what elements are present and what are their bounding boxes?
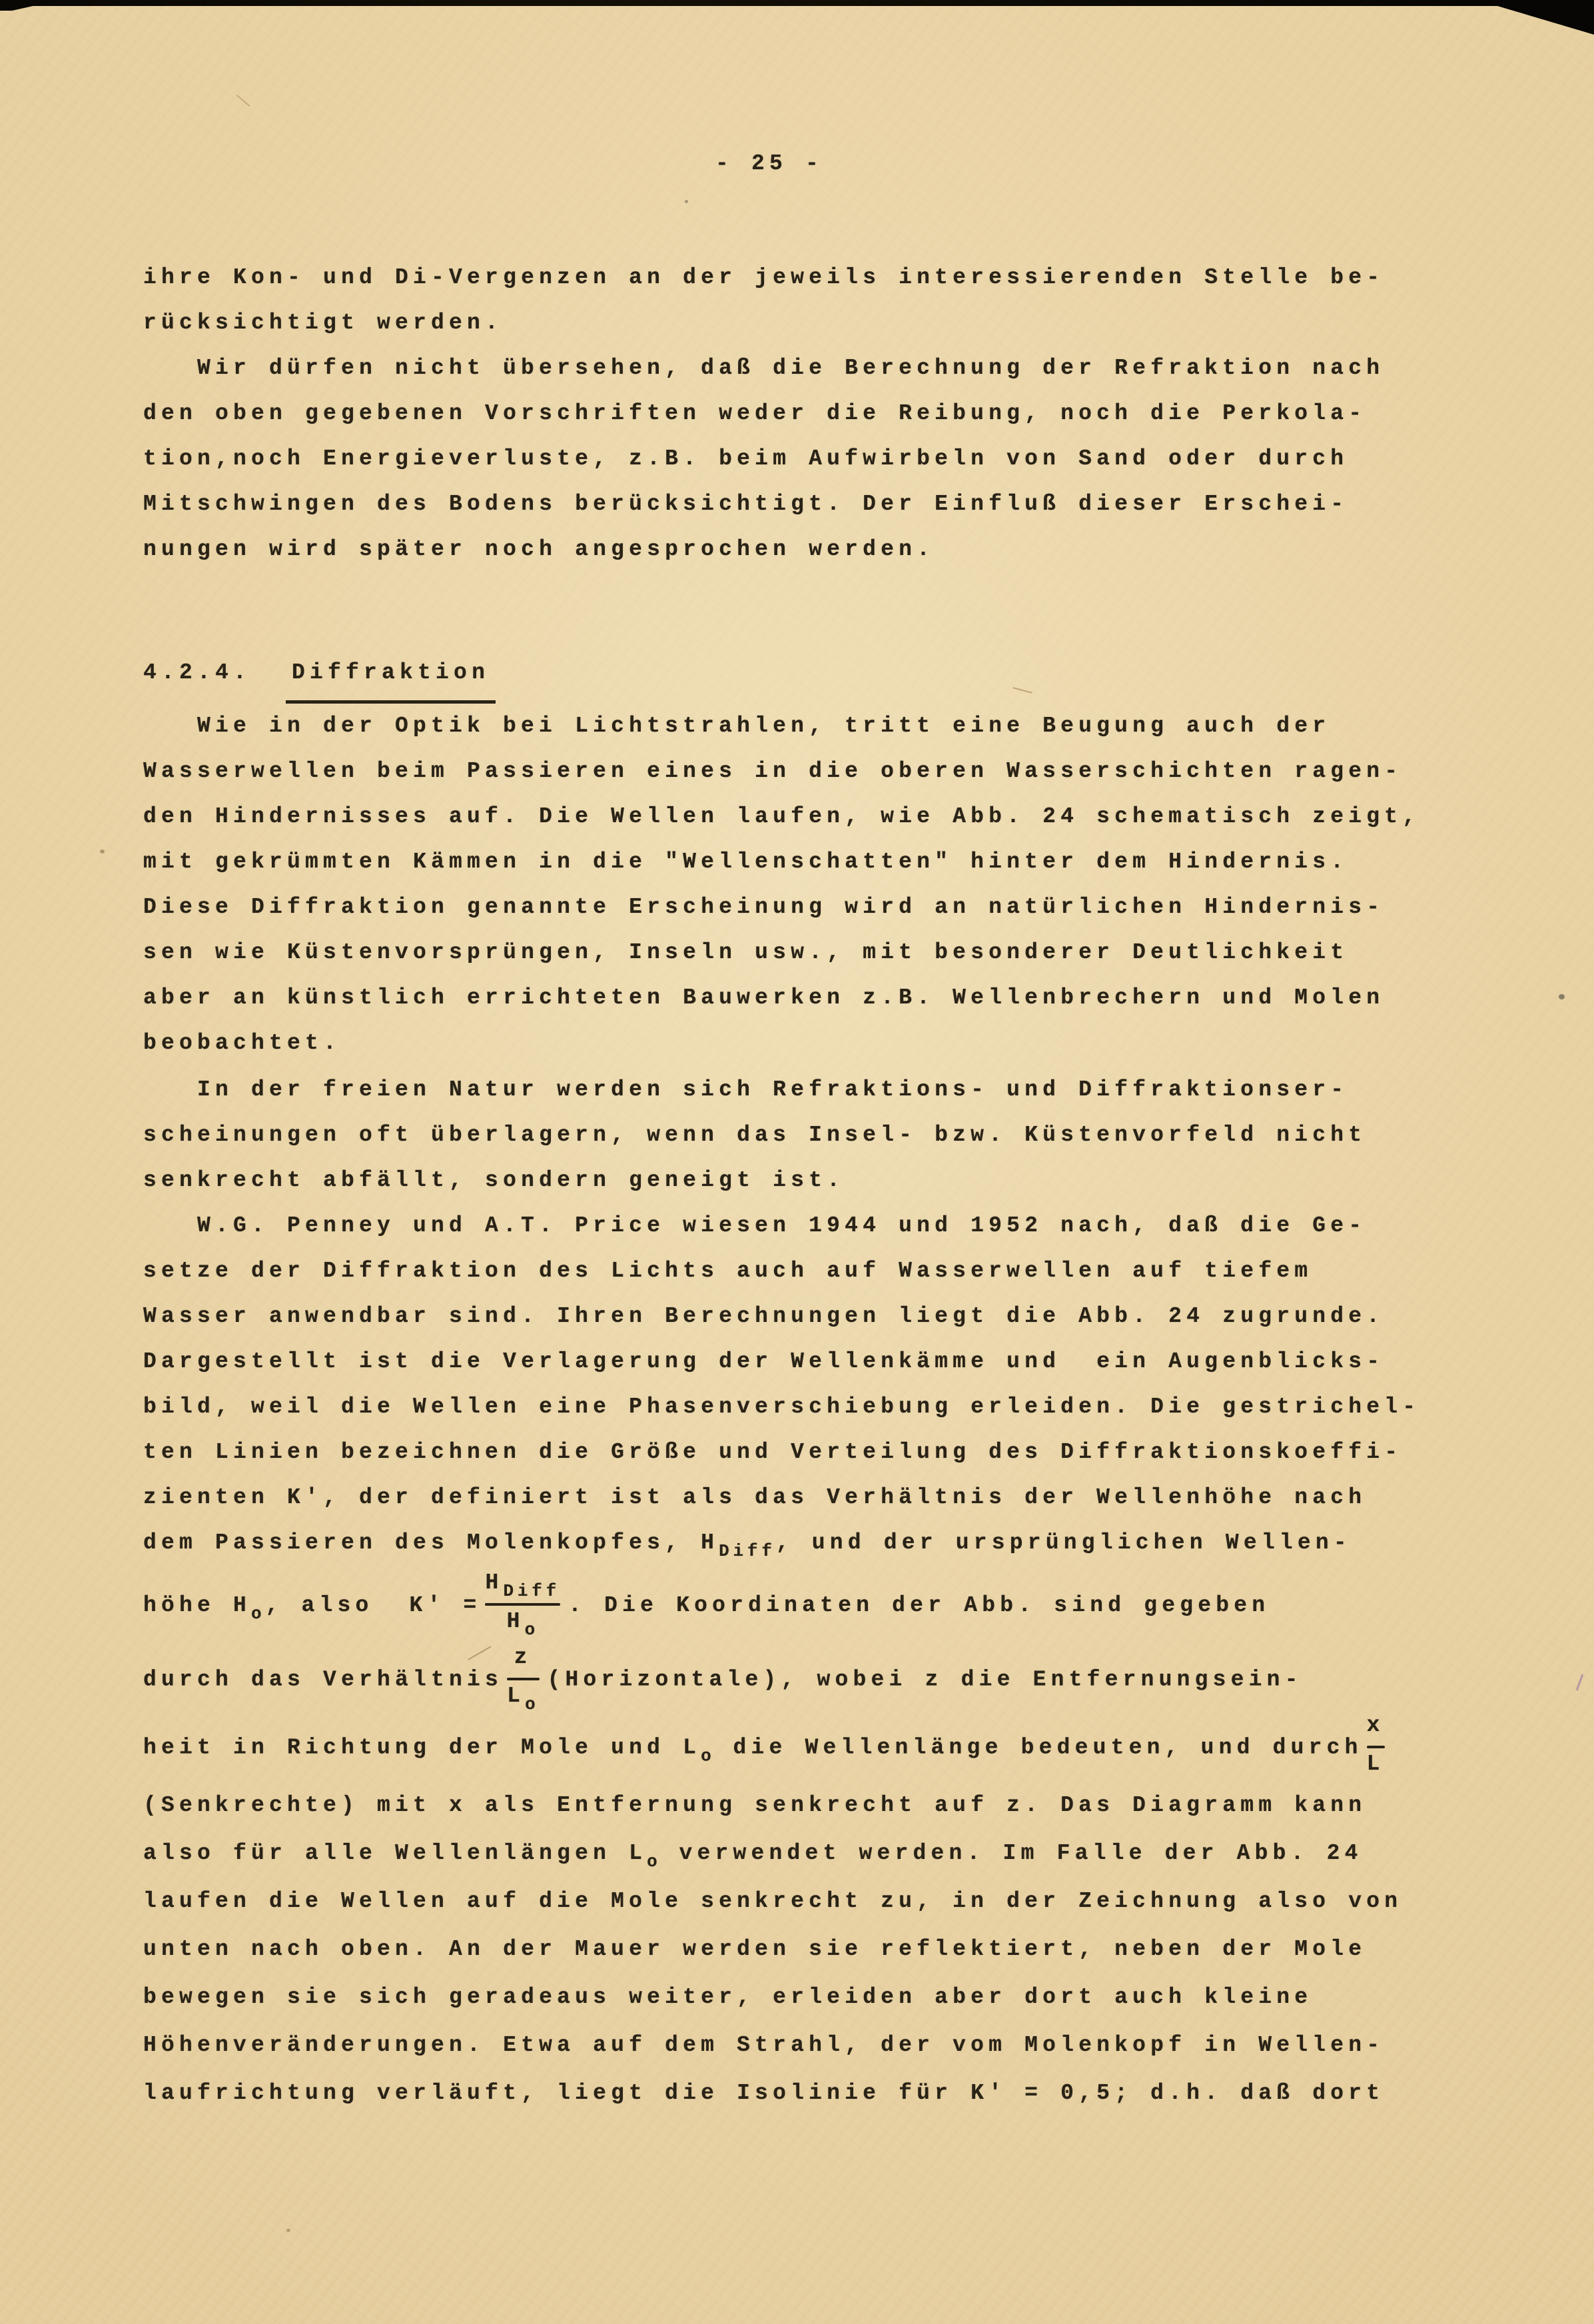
text-run: Wie in der Optik bei Lichtstrahlen, trit…	[197, 714, 1330, 738]
text-run: ihre Kon- und Di-Vergenzen an der jeweil…	[143, 265, 1384, 290]
text-run: bewegen sie sich geradeaus weiter, erlei…	[143, 1985, 1312, 2010]
text-run: beobachtet.	[143, 1031, 341, 1055]
text-line: mit gekrümmten Kämmen in die "Wellenscha…	[143, 840, 1594, 885]
text-run: laufen die Wellen auf die Mole senkrecht…	[143, 1889, 1402, 1914]
text-line: aber an künstlich errichteten Bauwerken …	[143, 975, 1594, 1021]
text-run: den Hindernisses auf. Die Wellen laufen,…	[143, 804, 1420, 829]
text-line: den oben gegebenen Vorschriften weder di…	[143, 391, 1594, 436]
text-line: W.G. Penney und A.T. Price wiesen 1944 u…	[143, 1203, 1594, 1249]
text-line: laufrichtung verläuft, liegt die Isolini…	[143, 2069, 1594, 2117]
text-run: Höhenveränderungen. Etwa auf dem Strahl,…	[143, 2033, 1384, 2057]
text-run: den oben gegebenen Vorschriften weder di…	[143, 401, 1366, 426]
fraction-numerator: HDiff	[485, 1568, 560, 1598]
fraction-denominator: Ho	[507, 1607, 539, 1636]
text-line: durch das VerhältniszLo(Horizontale), wo…	[143, 1646, 1594, 1714]
text-run: die Wellenlänge bedeuten, und durch	[715, 1736, 1363, 1760]
text-run: L	[1367, 1752, 1385, 1776]
text-run: ten Linien bezeichnen die Größe und Vert…	[143, 1440, 1402, 1464]
text-run: tion,noch Energieverluste, z.B. beim Auf…	[143, 446, 1348, 471]
text-line: rücksichtigt werden.	[143, 300, 1594, 346]
section-number: 4.2.4.	[143, 660, 251, 685]
text-run: (Horizontale), wobei z die Entfernungsei…	[548, 1668, 1303, 1692]
paper-speck	[286, 2229, 290, 2232]
page-number: - 25 -	[0, 141, 1539, 187]
paragraph-p1: ihre Kon- und Di-Vergenzen an der jeweil…	[143, 255, 1594, 346]
text-run: scheinungen oft überlagern, wenn das Ins…	[143, 1123, 1366, 1147]
text-run: höhe H	[143, 1593, 251, 1618]
section-title: Diffraktion	[286, 650, 496, 704]
text-line: ten Linien bezeichnen die Größe und Vert…	[143, 1430, 1594, 1475]
fraction-numerator: x	[1367, 1711, 1385, 1740]
text-run: , also K' =	[265, 1593, 481, 1618]
text-run: also für alle Wellenlängen L	[143, 1841, 647, 1866]
text-line: bild, weil die Wellen eine Phasenverschi…	[143, 1385, 1594, 1430]
paper-speck	[1246, 413, 1249, 416]
subscript: o	[251, 1604, 265, 1624]
subscript: Diff	[504, 1581, 561, 1601]
text-line: heit in Richtung der Mole und Lo die Wel…	[143, 1714, 1594, 1782]
fraction-bar	[1367, 1746, 1385, 1748]
text-run: durch das Verhältnis	[143, 1668, 503, 1692]
text-line: Höhenveränderungen. Etwa auf dem Strahl,…	[143, 2022, 1594, 2069]
text-run: (Senkrechte) mit x als Entfernung senkre…	[143, 1793, 1366, 1818]
text-line: ihre Kon- und Di-Vergenzen an der jeweil…	[143, 255, 1594, 300]
text-line: beobachtet.	[143, 1021, 1594, 1066]
text-run: dem Passieren des Molenkopfes, H	[143, 1530, 719, 1555]
text-run: verwendet werden. Im Falle der Abb. 24	[661, 1841, 1363, 1866]
text-run: zienten K', der definiert ist als das Ve…	[143, 1485, 1366, 1510]
text-run: Wasserwellen beim Passieren eines in die…	[143, 759, 1402, 784]
text-line: setze der Diffraktion des Lichts auch au…	[143, 1249, 1594, 1294]
scan-edge-top	[0, 0, 1594, 6]
text-run: heit in Richtung der Mole und L	[143, 1736, 701, 1760]
paragraph-p4: In der freien Natur werden sich Refrakti…	[143, 1067, 1594, 1203]
text-run: W.G. Penney und A.T. Price wiesen 1944 u…	[197, 1213, 1366, 1238]
text-line: höhe Ho, also K' =HDiffHo. Die Koordinat…	[143, 1566, 1594, 1646]
fraction-numerator: z	[514, 1643, 532, 1672]
paper-fiber	[1012, 687, 1032, 694]
text-line: nungen wird später noch angesprochen wer…	[143, 527, 1594, 572]
text-run: mit gekrümmten Kämmen in die "Wellenscha…	[143, 850, 1348, 874]
section-heading: 4.2.4.Diffraktion	[143, 650, 496, 696]
fraction-denominator: Lo	[507, 1682, 539, 1711]
text-run: Wasser anwendbar sind. Ihren Berechnunge…	[143, 1304, 1384, 1329]
fraction-bar	[485, 1603, 560, 1606]
text-line: Diese Diffraktion genannte Erscheinung w…	[143, 885, 1594, 930]
text-line: laufen die Wellen auf die Mole senkrecht…	[143, 1878, 1594, 1926]
text-line: unten nach oben. An der Mauer werden sie…	[143, 1926, 1594, 1974]
text-line: (Senkrechte) mit x als Entfernung senkre…	[143, 1782, 1594, 1830]
text-run: sen wie Küstenvorsprüngen, Inseln usw., …	[143, 940, 1348, 965]
text-run: Mitschwingen des Bodens berücksichtigt. …	[143, 492, 1348, 516]
text-run: Diese Diffraktion genannte Erscheinung w…	[143, 895, 1384, 919]
paper-speck	[100, 850, 105, 854]
subscript: o	[647, 1852, 661, 1872]
text-run: x	[1367, 1713, 1385, 1738]
text-run: H	[485, 1570, 503, 1595]
paragraph-p5: W.G. Penney und A.T. Price wiesen 1944 u…	[143, 1203, 1594, 2117]
text-line: Wasserwellen beim Passieren eines in die…	[143, 749, 1594, 794]
text-run: laufrichtung verläuft, liegt die Isolini…	[143, 2081, 1384, 2105]
text-run: aber an künstlich errichteten Bauwerken …	[143, 985, 1384, 1010]
inline-fraction: HDiffHo	[485, 1568, 560, 1636]
text-line: Mitschwingen des Bodens berücksichtigt. …	[143, 482, 1594, 527]
text-line: zienten K', der definiert ist als das Ve…	[143, 1475, 1594, 1520]
text-line: dem Passieren des Molenkopfes, HDiff, un…	[143, 1520, 1594, 1566]
fraction-denominator: L	[1367, 1750, 1385, 1779]
text-line: scheinungen oft überlagern, wenn das Ins…	[143, 1113, 1594, 1158]
text-line: sen wie Küstenvorsprüngen, Inseln usw., …	[143, 930, 1594, 975]
text-line: bewegen sie sich geradeaus weiter, erlei…	[143, 1974, 1594, 2022]
scanned-document-page: - 25 - 4.2.4.Diffraktion ihre Kon- und D…	[0, 0, 1594, 2324]
text-line: Wir dürfen nicht übersehen, daß die Bere…	[143, 346, 1594, 391]
text-run: unten nach oben. An der Mauer werden sie…	[143, 1937, 1366, 1962]
text-run: senkrecht abfällt, sondern geneigt ist.	[143, 1168, 845, 1193]
paragraph-p3: Wie in der Optik bei Lichtstrahlen, trit…	[143, 704, 1594, 1066]
subscript: o	[525, 1694, 539, 1714]
paper-speck	[1559, 994, 1565, 999]
text-run: rücksichtigt werden.	[143, 310, 503, 335]
text-line: also für alle Wellenlängen Lo verwendet …	[143, 1830, 1594, 1878]
subscript: Diff	[719, 1541, 776, 1561]
text-run: In der freien Natur werden sich Refrakti…	[197, 1077, 1348, 1102]
text-run: . Die Koordinaten der Abb. sind gegeben	[568, 1593, 1270, 1618]
text-run: bild, weil die Wellen eine Phasenverschi…	[143, 1395, 1420, 1419]
text-run: Wir dürfen nicht übersehen, daß die Bere…	[197, 356, 1384, 380]
text-run: setze der Diffraktion des Lichts auch au…	[143, 1259, 1312, 1283]
text-run: L	[507, 1684, 525, 1708]
text-line: senkrecht abfällt, sondern geneigt ist.	[143, 1158, 1594, 1203]
text-line: Wie in der Optik bei Lichtstrahlen, trit…	[143, 704, 1594, 749]
fraction-bar	[507, 1678, 539, 1680]
text-line: den Hindernisses auf. Die Wellen laufen,…	[143, 794, 1594, 840]
text-run: H	[507, 1609, 525, 1634]
text-line: In der freien Natur werden sich Refrakti…	[143, 1067, 1594, 1113]
subscript: o	[525, 1620, 539, 1640]
paper-speck	[685, 200, 688, 203]
text-run: , und der ursprünglichen Wellen-	[776, 1530, 1352, 1555]
text-line: Wasser anwendbar sind. Ihren Berechnunge…	[143, 1294, 1594, 1339]
paragraph-p2: Wir dürfen nicht übersehen, daß die Bere…	[143, 346, 1594, 572]
subscript: o	[701, 1746, 715, 1766]
inline-fraction: zLo	[507, 1643, 539, 1711]
text-run: Dargestellt ist die Verlagerung der Well…	[143, 1349, 1384, 1374]
text-line: Dargestellt ist die Verlagerung der Well…	[143, 1339, 1594, 1385]
paper-fiber	[236, 95, 250, 107]
text-line: tion,noch Energieverluste, z.B. beim Auf…	[143, 436, 1594, 482]
inline-fraction: xL	[1367, 1711, 1385, 1779]
text-run: z	[514, 1645, 532, 1670]
text-run: nungen wird später noch angesprochen wer…	[143, 537, 935, 562]
